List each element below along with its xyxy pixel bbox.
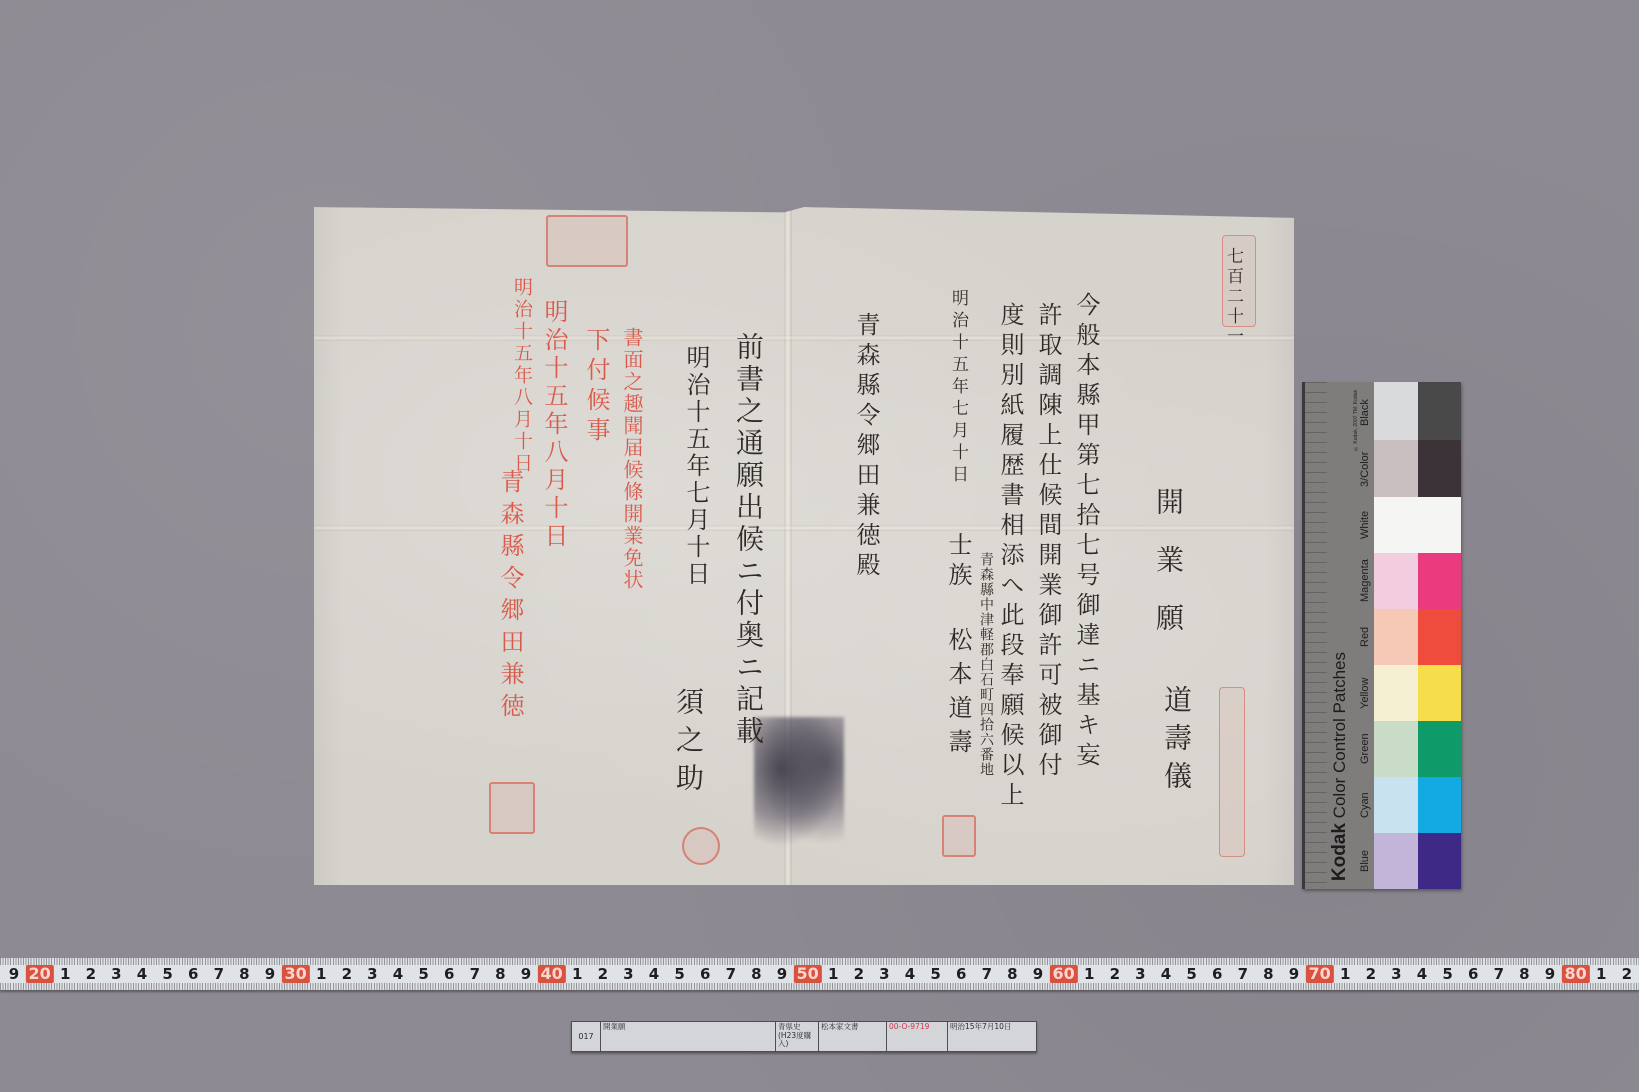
ruler-cm-mark: 7 [982,965,992,983]
red-approval-column-3: 明治十五年八月十日 [542,299,566,551]
patch-blue-dark [1418,833,1461,889]
patch-white [1374,497,1461,553]
ruler-cm-mark: 6 [1468,965,1478,983]
patch-yellow-light [1374,665,1418,721]
patch-yellow-dark [1418,665,1461,721]
ruler-mm-ticks-top [0,958,1639,965]
ruler-cm-mark: 9 [1289,965,1299,983]
ruler-cm-mark: 1 [1596,965,1606,983]
ruler-cm-mark: 2 [854,965,864,983]
ruler-cm-mark: 5 [1442,965,1452,983]
governor-name: 青森縣令郷田兼徳 [498,469,522,725]
patch-label-green: Green [1355,721,1375,777]
ruler-cm-mark: 1 [316,965,326,983]
ruler-cm-mark: 7 [214,965,224,983]
ruler-cm-mark: 1 [60,965,70,983]
ruler-cm-mark: 6 [700,965,710,983]
margin-stamp [1219,687,1245,857]
ruler-cm-mark: 4 [905,965,915,983]
applicant-rank: 士族 [946,532,970,592]
ruler-cm-mark: 4 [1417,965,1427,983]
body-column-3: 度則別紙履歴書相添へ此段奉願候以上 [998,302,1022,812]
endorsement-column-1: 前書之通願出候ニ付奥ニ記載 [734,332,762,748]
ruler-cm-mark: 2 [1366,965,1376,983]
ruler-cm-mark: 1 [572,965,582,983]
patch-label-white: White [1355,497,1375,553]
body-column-2: 許取調陳上仕候間開業御許可被御付 [1036,302,1060,782]
ruler-decade-mark: 30 [281,965,309,983]
applicant-signature: 松本道壽 [946,627,970,763]
ruler-cm-mark: 6 [956,965,966,983]
ruler-cm-mark: 6 [1212,965,1222,983]
catalog-label: 017 開業願 青県史(H23度購入) 松本家文書 00-O-9719 明治15… [571,1021,1037,1052]
document-title: 開業願 [1154,487,1182,661]
patch-blue-light [1374,833,1418,889]
ruler-cm-mark: 7 [726,965,736,983]
ruler-cm-mark: 1 [1340,965,1350,983]
kodak-title: Kodak Color Control Patches [1329,652,1351,881]
label-date: 明治15年7月10日 [948,1022,1036,1051]
ruler-decade-mark: 50 [793,965,821,983]
patch-cyan-dark [1418,777,1461,833]
ruler-cm-mark: 5 [1186,965,1196,983]
label-id: 00-O-9719 [887,1022,948,1051]
patch-cyan-light [1374,777,1418,833]
endorsement-date: 明治十五年七月十日 [684,345,708,588]
ruler-cm-mark: 9 [265,965,275,983]
ruler-cm-mark: 3 [1391,965,1401,983]
ruler-cm-mark: 3 [1135,965,1145,983]
ruler-cm-mark: 3 [367,965,377,983]
ruler-cm-mark: 2 [86,965,96,983]
red-approval-column-2: 下付候事 [584,327,608,447]
ruler-cm-mark: 2 [1622,965,1632,983]
kodak-gray-strip: Kodak Color Control Patches © Kodak, 200… [1302,382,1374,889]
ruler-cm-mark: 4 [137,965,147,983]
red-approval-column-1: 書面之趣聞届候條開業免状 [622,327,642,591]
patch-label-3color: 3/Color [1355,441,1375,497]
ruler-cm-mark: 9 [777,965,787,983]
ruler-cm-mark: 8 [495,965,505,983]
application-date: 明治十五年七月十日 [949,289,966,487]
ruler-cm-mark: 5 [418,965,428,983]
archive-seal-top [546,215,628,267]
applicant-address: 青森縣中津軽郡白石町四拾六番地 [979,552,993,777]
kodak-brand: Kodak [1329,823,1350,881]
patch-red-dark [1418,609,1461,665]
ruler-cm-mark: 9 [1033,965,1043,983]
patch-label-cyan: Cyan [1355,777,1375,833]
ruler-cm-mark: 3 [623,965,633,983]
horizontal-crease-lower [314,525,1294,531]
label-collection: 松本家文書 [819,1022,887,1051]
ruler-cm-mark: 1 [828,965,838,983]
ruler-decade-mark: 40 [537,965,565,983]
patch-black-light [1374,382,1418,440]
document-sheet: 七百二十一 開業願 道壽儀 今般本縣甲第七拾七号御達ニ基キ妄 許取調陳上仕候間開… [314,207,1294,885]
label-title: 開業願 [601,1022,776,1051]
patch-magenta-light [1374,553,1418,609]
body-column-1: 今般本縣甲第七拾七号御達ニ基キ妄 [1074,292,1098,772]
ruler-decade-mark: 20 [25,965,53,983]
red-approval-date: 明治十五年八月十日 [512,277,531,475]
horizontal-crease [314,335,1294,341]
patch-label-red: Red [1355,609,1375,665]
ruler-cm-mark: 8 [751,965,761,983]
ruler-cm-mark: 2 [598,965,608,983]
ruler-cm-mark: 9 [9,965,19,983]
ruler-decade-mark: 60 [1049,965,1077,983]
ruler-cm-mark: 8 [1263,965,1273,983]
patch-magenta-dark [1418,553,1461,609]
patch-label-black: Black [1355,385,1375,441]
patch-green-light [1374,721,1418,777]
patch-green-dark [1418,721,1461,777]
ruler-decade-mark: 70 [1305,965,1333,983]
ruler-cm-mark: 6 [444,965,454,983]
ruler-cm-mark: 5 [930,965,940,983]
ruler-cm-mark: 1 [1084,965,1094,983]
patch-red-light [1374,609,1418,665]
patch-name-list: Blue Cyan Green Yellow Red Magenta White… [1355,382,1375,889]
label-source: 青県史(H23度購入) [776,1022,819,1051]
patch-3color-light [1374,440,1418,497]
ruler-cm-mark: 3 [879,965,889,983]
ruler-cm-mark: 7 [1494,965,1504,983]
ruler-cm-mark: 5 [162,965,172,983]
kodak-subtitle: Color Control Patches [1330,652,1349,818]
kodak-patch-grid [1374,382,1461,889]
ruler-cm-mark: 2 [342,965,352,983]
ruler-cm-mark: 5 [674,965,684,983]
ruler-cm-mark: 4 [393,965,403,983]
ruler-cm-mark: 8 [239,965,249,983]
applicant-seal [942,815,976,857]
ruler-decade-mark: 80 [1561,965,1589,983]
patch-label-magenta: Magenta [1355,553,1375,609]
ruler-cm-mark: 2 [1110,965,1120,983]
applicant-name-line: 道壽儀 [1162,685,1190,799]
ink-stain [754,717,844,847]
ruler-cm-mark: 7 [1238,965,1248,983]
ruler-cm-mark: 9 [521,965,531,983]
measuring-tape: 9201234567893012345678940123456789501234… [0,958,1639,990]
corner-annotation: 七百二十一 [1224,247,1241,347]
endorser-signature: 須之助 [674,687,702,801]
ruler-cm-mark: 8 [1007,965,1017,983]
kodak-inch-scale [1305,382,1327,889]
patch-black-dark [1418,382,1461,440]
addressee: 青森縣令郷田兼徳殿 [854,312,878,582]
label-index: 017 [572,1022,601,1051]
ruler-cm-mark: 3 [111,965,121,983]
ruler-cm-mark: 4 [1161,965,1171,983]
photo-stage: 七百二十一 開業願 道壽儀 今般本縣甲第七拾七号御達ニ基キ妄 許取調陳上仕候間開… [0,0,1639,1092]
signature-seal [682,827,720,865]
ruler-cm-mark: 8 [1519,965,1529,983]
ruler-cm-mark: 9 [1545,965,1555,983]
ruler-cm-mark: 4 [649,965,659,983]
patch-label-blue: Blue [1355,833,1375,889]
ruler-mm-ticks-bottom [0,983,1639,990]
patch-label-yellow: Yellow [1355,665,1375,721]
ruler-cm-mark: 7 [470,965,480,983]
governor-seal [489,782,535,834]
kodak-color-card: Kodak Color Control Patches © Kodak, 200… [1302,382,1461,889]
patch-3color-dark [1418,440,1461,497]
ruler-cm-mark: 6 [188,965,198,983]
